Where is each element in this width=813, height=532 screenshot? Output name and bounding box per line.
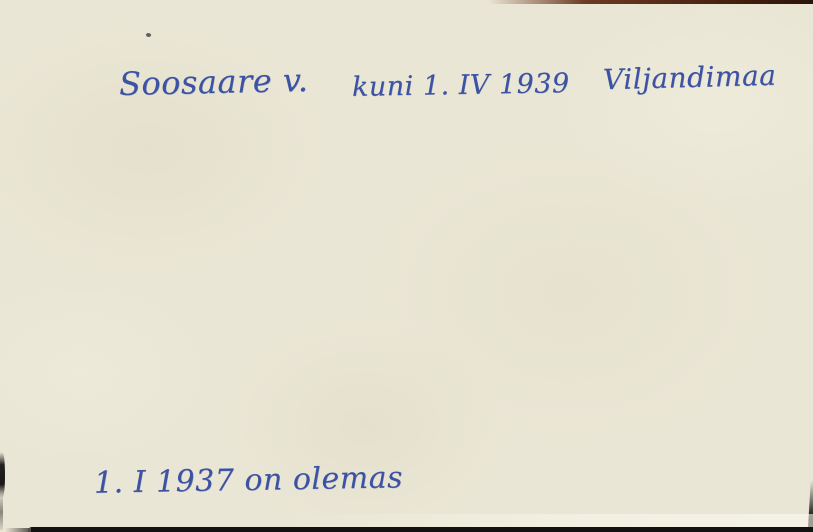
scan-edge-bottom-fade xyxy=(5,528,31,532)
ink-dot-mark xyxy=(145,32,151,37)
scan-edge-bottom xyxy=(28,527,813,532)
card-bottom-edge-highlight xyxy=(280,514,813,527)
settlement-name-text: Soosaare v. xyxy=(119,64,309,100)
scan-edge-left-smudge-soft xyxy=(0,494,3,530)
existence-note-text: 1. I 1937 on olemas xyxy=(94,463,403,498)
scan-edge-left-smudge xyxy=(0,452,5,498)
scan-edge-top xyxy=(488,0,813,4)
county-name-text: Viljandimaa xyxy=(603,62,777,95)
validity-date-text: kuni 1. IV 1939 xyxy=(352,70,570,101)
scanned-index-card: Soosaare v. kuni 1. IV 1939 Viljandimaa … xyxy=(0,0,813,532)
